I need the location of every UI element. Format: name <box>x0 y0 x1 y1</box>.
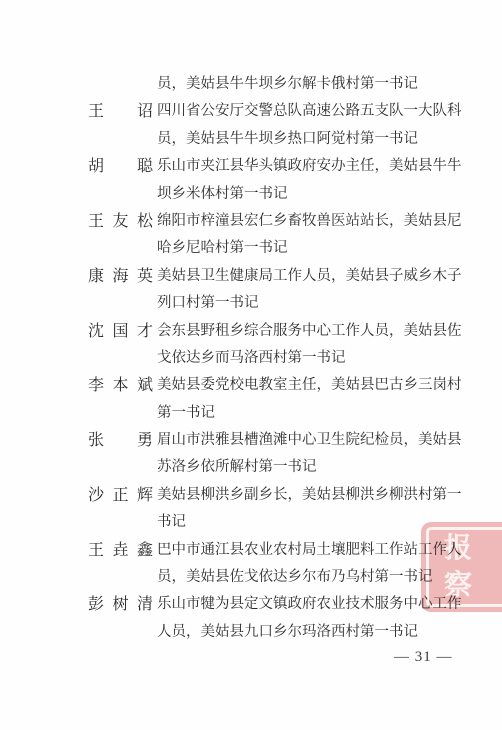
list-entry: 沙正辉 美姑县柳洪乡副乡长，美姑县柳洪乡柳洪村第一 书记 <box>157 482 487 537</box>
list-entry: 王友松 绵阳市梓潼县宏仁乡畜牧兽医站站长，美姑县尼 哈乡尼哈村第一书记 <box>157 208 487 263</box>
entry-description-line: 第一书记 <box>157 400 487 427</box>
list-entry: 王诏 四川省公安厅交警总队高速公路五支队一大队科 员，美姑县牛牛坝乡热口阿觉村第… <box>157 98 487 153</box>
entry-description-line: 员，美姑县佐戈依达乡尔布乃乌村第一书记 <box>157 564 487 591</box>
entry-description-line: 美姑县柳洪乡副乡长，美姑县柳洪乡柳洪村第一 <box>157 482 487 509</box>
entry-person-name: 沙正辉 <box>88 482 153 509</box>
name-list: 员，美姑县牛牛坝乡尔解卡俄村第一书记 王诏 四川省公安厅交警总队高速公路五支队一… <box>157 71 487 646</box>
entry-person-name: 李本斌 <box>88 372 153 399</box>
watermark-char-top-right: 川 <box>487 530 502 567</box>
entry-description-line: 四川省公安厅交警总队高速公路五支队一大队科 <box>157 98 487 125</box>
list-entry: 沈国才 会东县野租乡综合服务中心工作人员，美姑县佐 戈依达乡而马洛西村第一书记 <box>157 318 487 373</box>
entry-description-line: 戈依达乡而马洛西村第一书记 <box>157 345 487 372</box>
list-entry: 康海英 美姑县卫生健康局工作人员，美姑县子威乡木子 列口村第一书记 <box>157 263 487 318</box>
entry-description-line: 苏洛乡依所解村第一书记 <box>157 454 487 481</box>
document-page: 报 川 察 观 员，美姑县牛牛坝乡尔解卡俄村第一书记 王诏 四川省公安厅交警总队… <box>0 0 502 730</box>
entry-description-line: 巴中市通江县农业农村局土壤肥料工作站工作人 <box>157 537 487 564</box>
entry-person-name: 沈国才 <box>88 318 153 345</box>
list-entry: 彭树清 乐山市犍为县定文镇政府农业技术服务中心工作 人员，美姑县九口乡尔玛洛西村… <box>157 591 487 646</box>
entry-person-name: 王垚鑫 <box>88 537 153 564</box>
entry-person-name: 康海英 <box>88 263 153 290</box>
entry-description-line: 坝乡米体村第一书记 <box>157 181 487 208</box>
list-entry: 员，美姑县牛牛坝乡尔解卡俄村第一书记 <box>157 71 487 98</box>
entry-description-line: 乐山市夹江县华头镇政府安办主任，美姑县牛牛 <box>157 153 487 180</box>
entry-description-line: 美姑县委党校电教室主任，美姑县巴古乡三岗村 <box>157 372 487 399</box>
list-entry: 胡聪 乐山市夹江县华头镇政府安办主任，美姑县牛牛 坝乡米体村第一书记 <box>157 153 487 208</box>
entry-person-name: 彭树清 <box>88 591 153 618</box>
entry-description-line: 列口村第一书记 <box>157 290 487 317</box>
entry-description-line: 绵阳市梓潼县宏仁乡畜牧兽医站站长，美姑县尼 <box>157 208 487 235</box>
list-entry: 王垚鑫 巴中市通江县农业农村局土壤肥料工作站工作人 员，美姑县佐戈依达乡尔布乃乌… <box>157 537 487 592</box>
list-entry: 张勇 眉山市洪雅县槽渔滩中心卫生院纪检员，美姑县 苏洛乡依所解村第一书记 <box>157 427 487 482</box>
list-entry: 李本斌 美姑县委党校电教室主任，美姑县巴古乡三岗村 第一书记 <box>157 372 487 427</box>
watermark-char-bottom-right: 观 <box>487 567 502 604</box>
entry-description-line: 员，美姑县牛牛坝乡尔解卡俄村第一书记 <box>157 71 487 98</box>
entry-person-name: 张勇 <box>88 427 153 454</box>
entry-person-name: 王诏 <box>88 98 153 125</box>
entry-description-line: 员，美姑县牛牛坝乡热口阿觉村第一书记 <box>157 126 487 153</box>
page-number: — 31 — <box>394 649 453 666</box>
entry-description-line: 乐山市犍为县定文镇政府农业技术服务中心工作 <box>157 591 487 618</box>
entry-person-name: 胡聪 <box>88 153 153 180</box>
entry-description-line: 眉山市洪雅县槽渔滩中心卫生院纪检员，美姑县 <box>157 427 487 454</box>
entry-description-line: 美姑县卫生健康局工作人员，美姑县子威乡木子 <box>157 263 487 290</box>
entry-description-line: 会东县野租乡综合服务中心工作人员，美姑县佐 <box>157 318 487 345</box>
entry-person-name: 王友松 <box>88 208 153 235</box>
entry-description-line: 哈乡尼哈村第一书记 <box>157 235 487 262</box>
entry-description-line: 书记 <box>157 509 487 536</box>
entry-description-line: 人员，美姑县九口乡尔玛洛西村第一书记 <box>157 619 487 646</box>
